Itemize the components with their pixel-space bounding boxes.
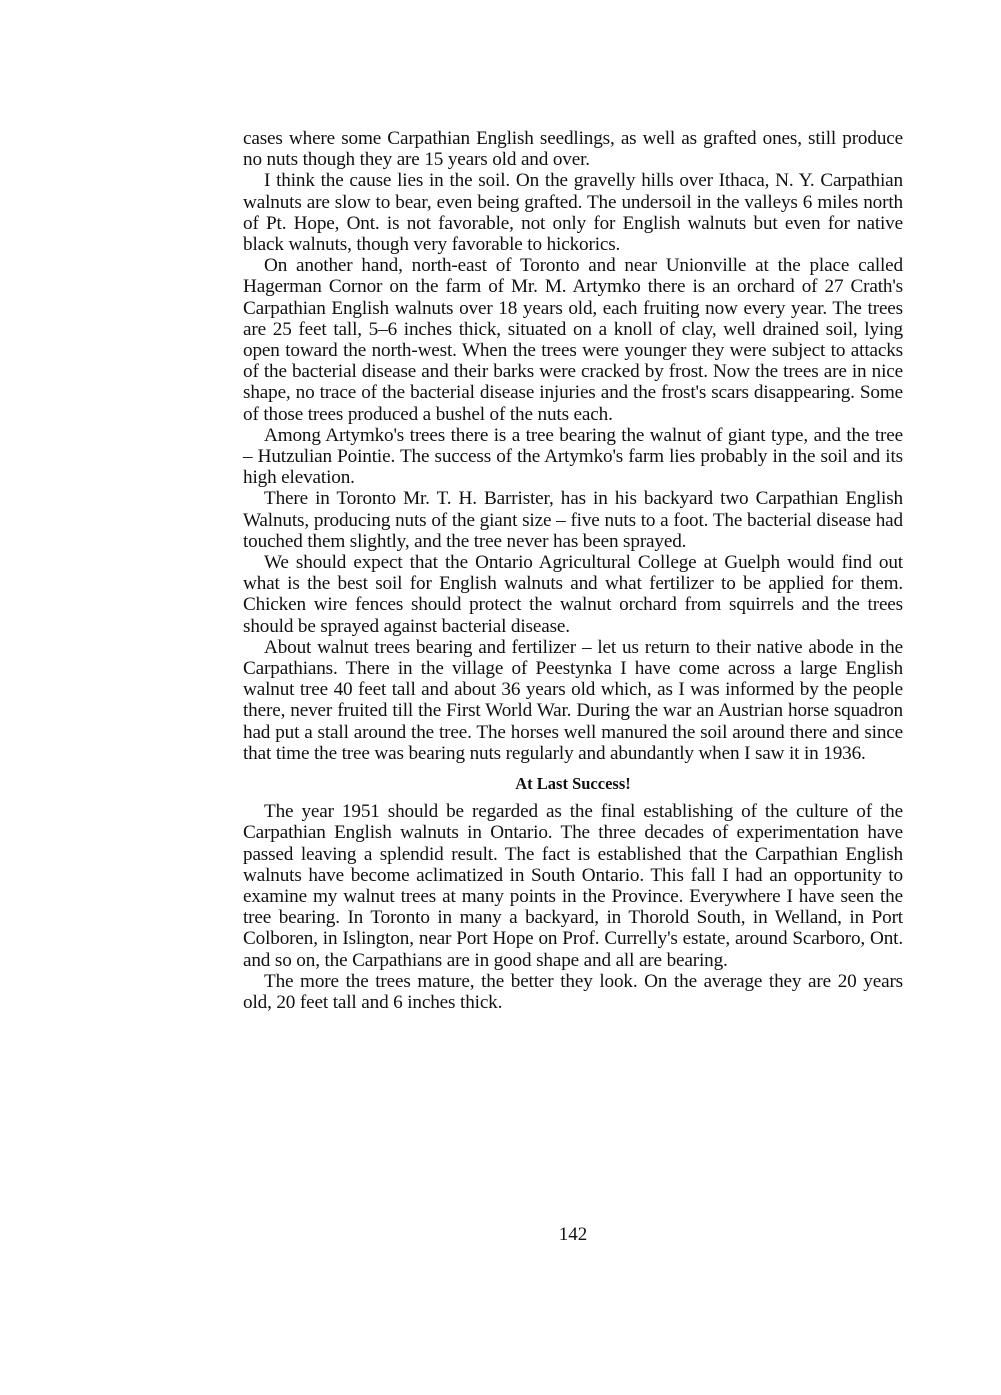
paragraph-trees-mature: The more the trees mature, the better th… — [243, 971, 903, 1013]
paragraph-year-1951: The year 1951 should be regarded as the … — [243, 801, 903, 971]
document-page: cases where some Carpathian English seed… — [243, 128, 903, 1013]
paragraph-barrister: There in Toronto Mr. T. H. Barrister, ha… — [243, 488, 903, 552]
paragraph-artymko-orchard: On another hand, north-east of Toronto a… — [243, 255, 903, 425]
page-number: 142 — [243, 1224, 903, 1246]
paragraph-guelph-college: We should expect that the Ontario Agricu… — [243, 552, 903, 637]
paragraph-peestynka: About walnut trees bearing and fertilize… — [243, 637, 903, 764]
section-heading: At Last Success! — [243, 774, 903, 794]
paragraph-giant-walnut: Among Artymko's trees there is a tree be… — [243, 425, 903, 489]
paragraph-soil-cause: I think the cause lies in the soil. On t… — [243, 170, 903, 255]
paragraph-continuation: cases where some Carpathian English seed… — [243, 128, 903, 170]
